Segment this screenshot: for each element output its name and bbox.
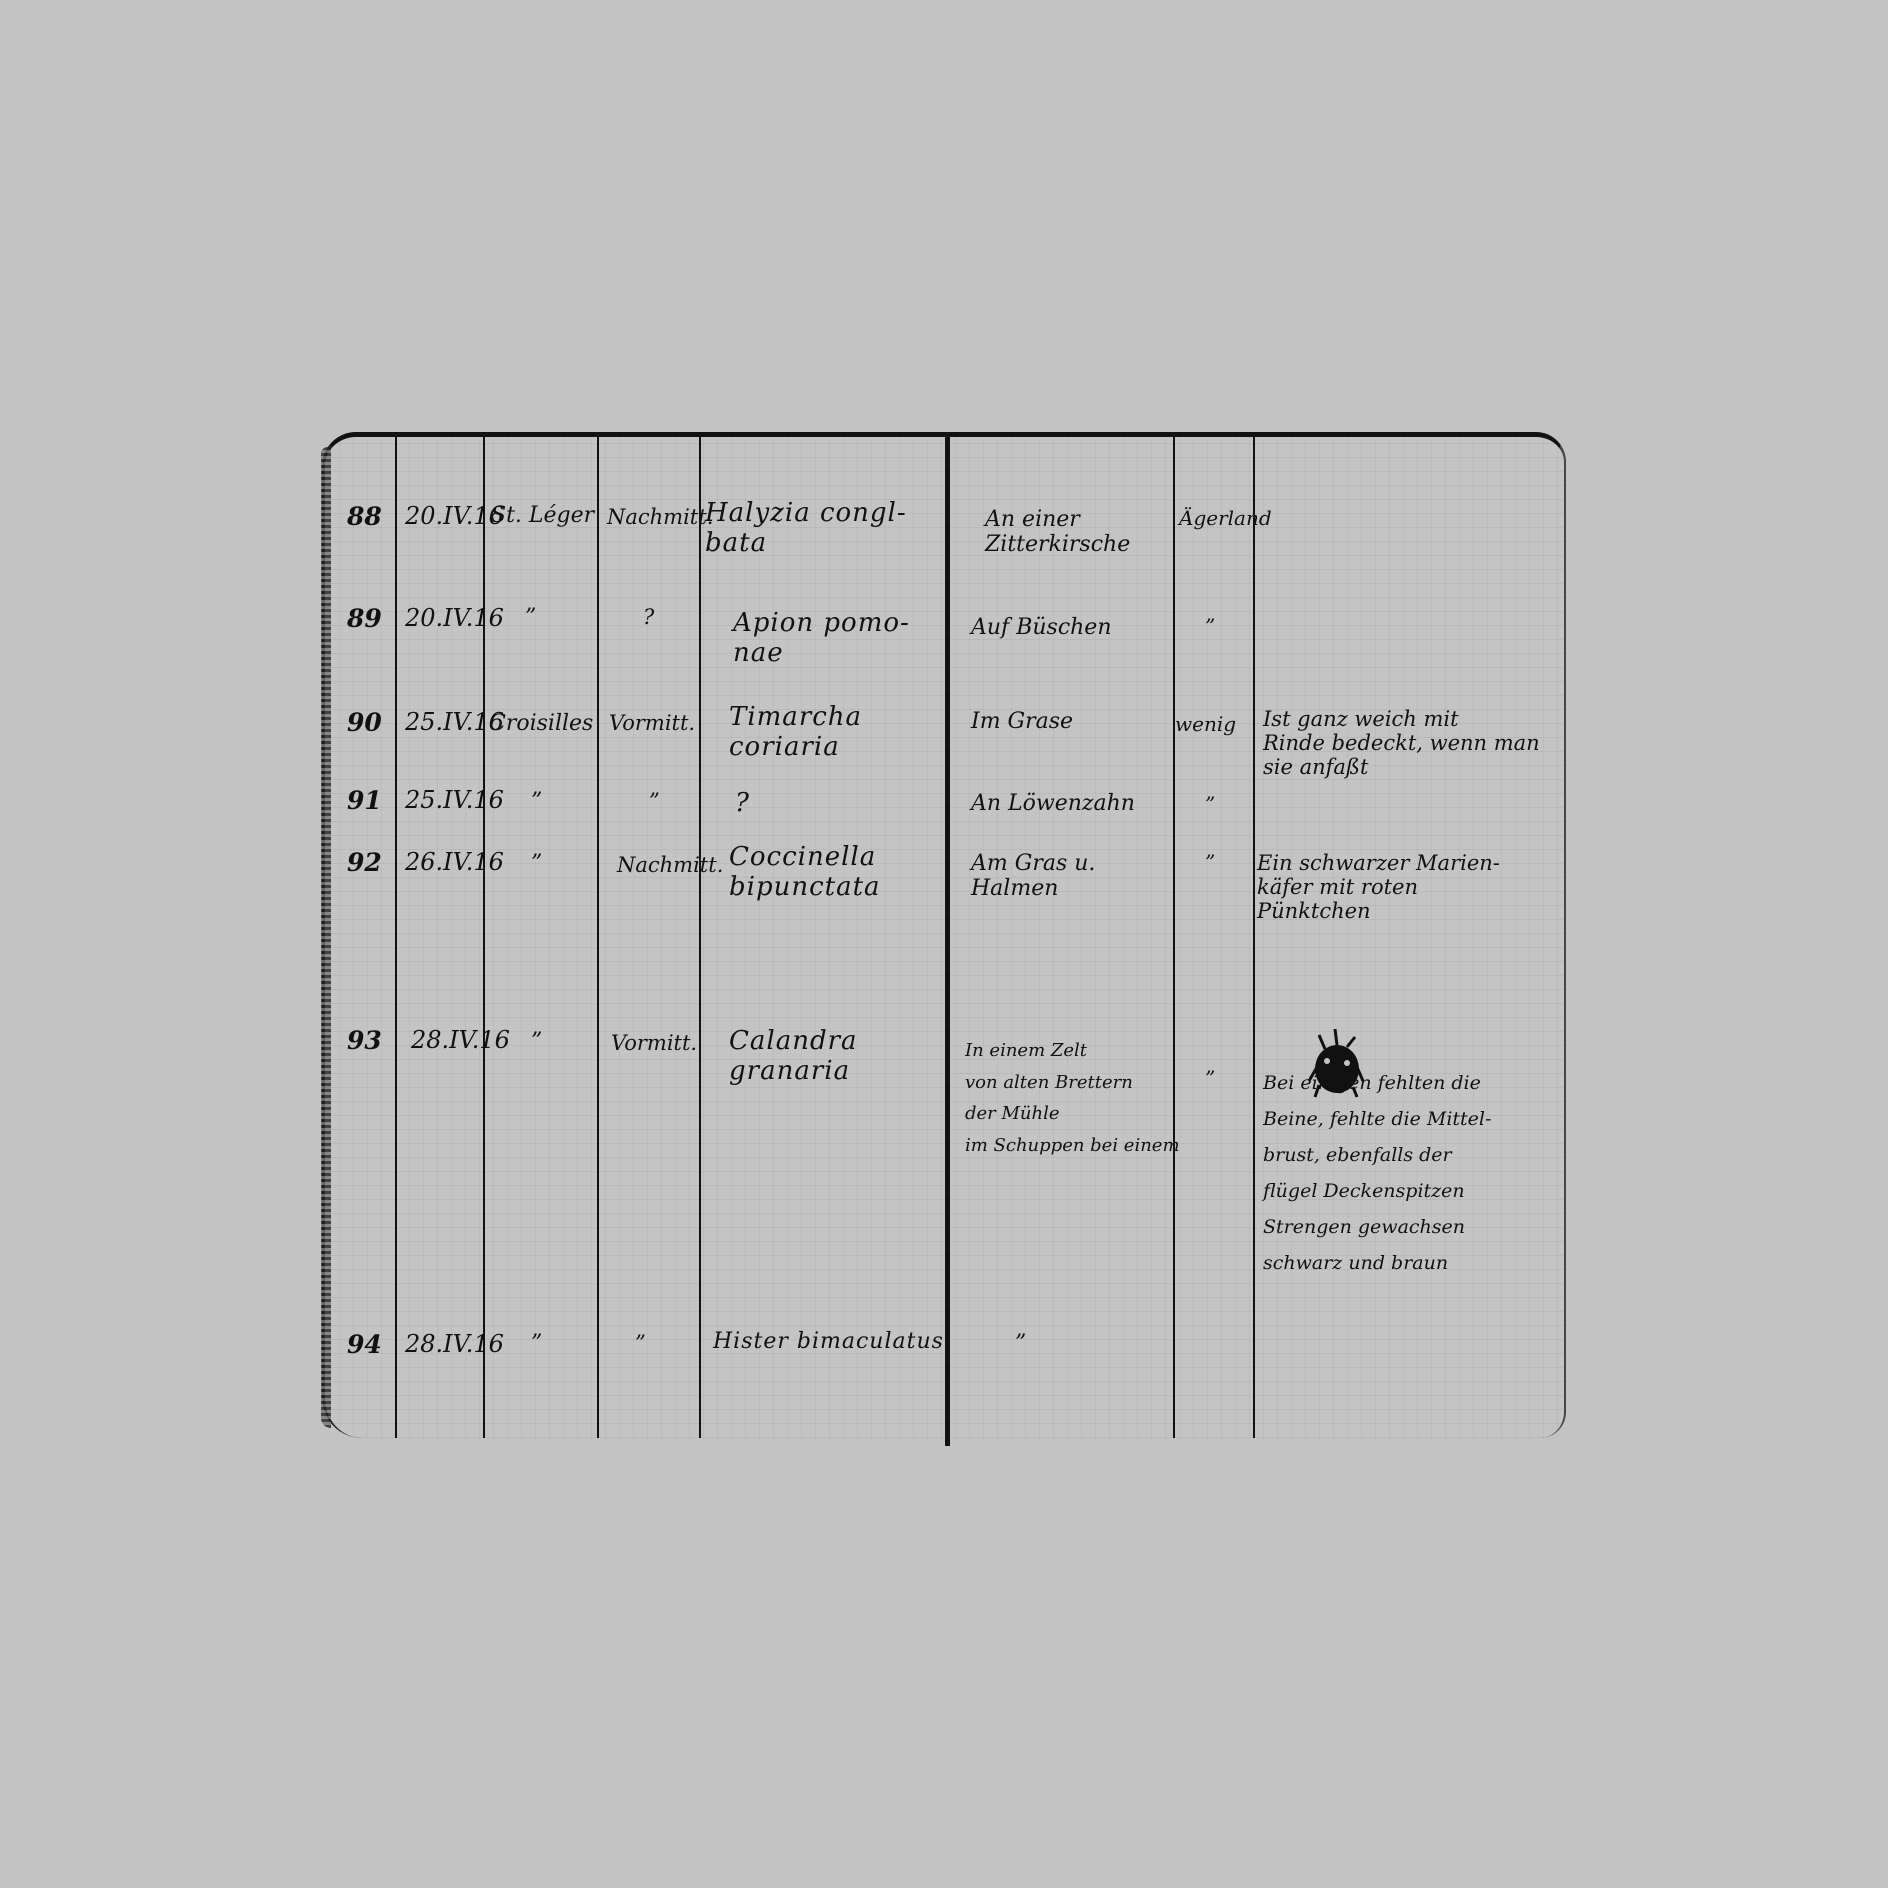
entry-date: 26.IV.16 [405, 849, 504, 877]
entry-time: Vormitt. [611, 1031, 697, 1055]
page-gutter [945, 437, 950, 1446]
entry-time: Nachmitt. [607, 505, 713, 529]
entry-location: ” [531, 1331, 542, 1356]
entry-quantity: wenig [1175, 713, 1236, 736]
entry-location: ” [531, 1029, 542, 1054]
entry-species: Apion pomo- nae [733, 609, 910, 669]
entry-number: 94 [347, 1331, 382, 1360]
column-rule [699, 437, 701, 1438]
entry-notes: Ein schwarzer Marien- käfer mit roten Pü… [1257, 851, 1500, 923]
entry-date: 25.IV.16 [405, 787, 504, 815]
entry-species: Calandra granaria [729, 1027, 858, 1087]
entry-time: ” [635, 1331, 646, 1355]
entry-species: Timarcha coriaria [729, 703, 862, 763]
entry-quantity: ” [1205, 615, 1215, 638]
entry-species: Coccinella bipunctata [729, 843, 881, 903]
entry-quantity: ” [1205, 793, 1215, 816]
entry-where-found: In einem Zelt von alten Brettern der Müh… [965, 1035, 1180, 1161]
entry-species: Halyzia congl- bata [705, 499, 907, 559]
entry-location: St. Léger [491, 503, 594, 528]
entry-number: 92 [347, 849, 382, 878]
entry-species: Hister bimaculatus [713, 1329, 944, 1354]
entry-where-found: Im Grase [971, 709, 1073, 734]
column-rule [1173, 437, 1175, 1438]
entry-date: 28.IV.16 [405, 1331, 504, 1359]
notebook-page: 88 20.IV.16 St. Léger Nachmitt. Halyzia … [322, 432, 1566, 1438]
entry-number: 91 [347, 787, 382, 816]
entry-species: ? [735, 789, 750, 819]
column-rule [395, 437, 397, 1438]
entry-where-found: ” [1015, 1331, 1026, 1356]
entry-number: 89 [347, 605, 382, 634]
entry-date: 20.IV.16 [405, 503, 504, 531]
column-rule [597, 437, 599, 1438]
column-rule [1253, 437, 1255, 1438]
entry-number: 88 [347, 503, 382, 532]
entry-number: 93 [347, 1027, 382, 1056]
column-rule [483, 437, 485, 1438]
entry-quantity: Ägerland [1179, 507, 1272, 530]
entry-where-found: Auf Büschen [971, 615, 1112, 640]
entry-quantity: ” [1205, 1067, 1215, 1090]
entry-time: ? [643, 605, 654, 629]
entry-time: Vormitt. [609, 711, 695, 735]
entry-quantity: ” [1205, 851, 1215, 874]
entry-date: 28.IV.16 [411, 1027, 510, 1055]
entry-date: 20.IV.16 [405, 605, 504, 633]
entry-where-found: Am Gras u. Halmen [971, 851, 1095, 902]
entry-where-found: An einer Zitterkirsche [985, 507, 1130, 558]
entry-notes: Ist ganz weich mit Rinde bedeckt, wenn m… [1263, 707, 1540, 779]
entry-location: ” [531, 789, 542, 814]
entry-location: ” [531, 851, 542, 876]
entry-location: ” [525, 605, 536, 630]
entry-notes: Bei einigen fehlten die Beine, fehlte di… [1263, 1065, 1491, 1282]
entry-time: ” [649, 789, 660, 813]
entry-location: Croisilles [489, 711, 593, 736]
entry-where-found: An Löwenzahn [971, 791, 1135, 816]
entry-number: 90 [347, 709, 382, 738]
entry-time: Nachmitt. [617, 853, 723, 877]
